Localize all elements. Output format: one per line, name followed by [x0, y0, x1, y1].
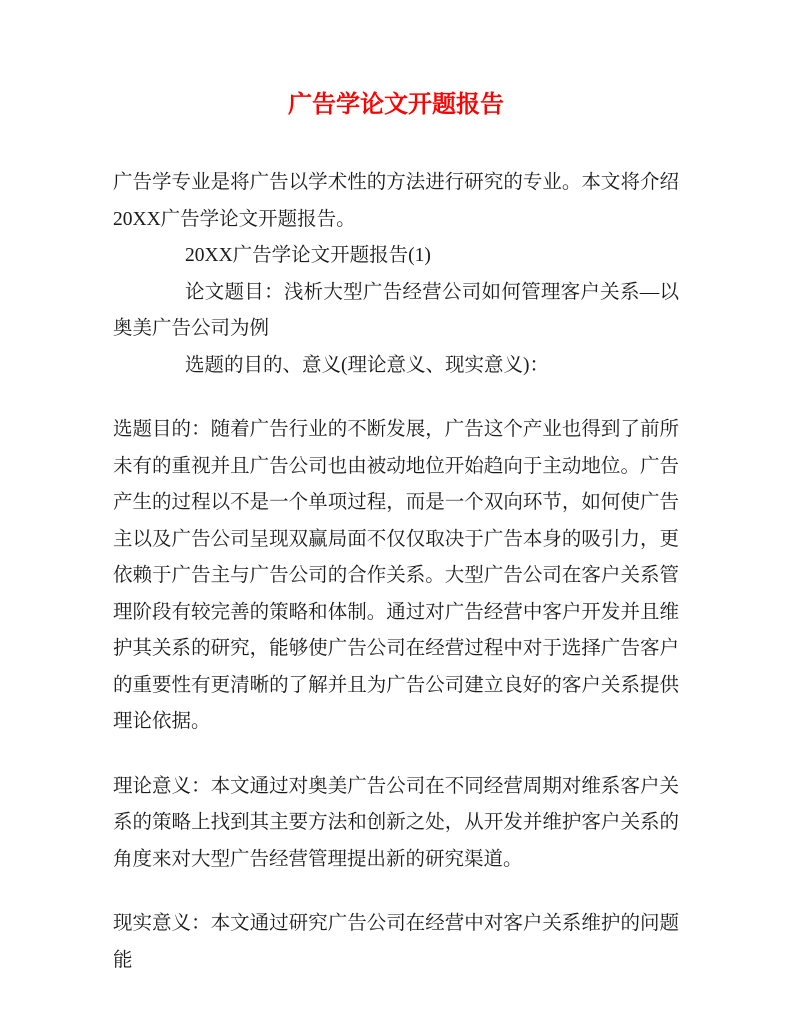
document-title: 广告学论文开题报告	[0, 88, 792, 122]
paragraph-thesis-topic: 论文题目：浅析大型广告经营公司如何管理客户关系—以奥美广告公司为例	[113, 275, 679, 348]
paragraph-purpose-significance-heading: 选题的目的、意义(理论意义、现实意义)：	[113, 348, 679, 385]
paragraph-topic-purpose: 选题目的：随着广告行业的不断发展，广告这个产业也得到了前所未有的重视并且广告公司…	[113, 412, 679, 741]
document-body: 广告学专业是将广告以学术性的方法进行研究的专业。本文将介绍20XX广告学论文开题…	[113, 165, 679, 979]
paragraph-theoretical-significance: 理论意义：本文通过对奥美广告公司在不同经营周期对维系客户关系的策略上找到其主要方…	[113, 769, 679, 879]
document-page: 广告学论文开题报告 广告学专业是将广告以学术性的方法进行研究的专业。本文将介绍2…	[0, 0, 792, 1025]
paragraph-intro: 广告学专业是将广告以学术性的方法进行研究的专业。本文将介绍20XX广告学论文开题…	[113, 165, 679, 238]
paragraph-practical-significance: 现实意义：本文通过研究广告公司在经营中对客户关系维护的问题能	[113, 906, 679, 979]
paragraph-report-heading: 20XX广告学论文开题报告(1)	[113, 238, 679, 275]
